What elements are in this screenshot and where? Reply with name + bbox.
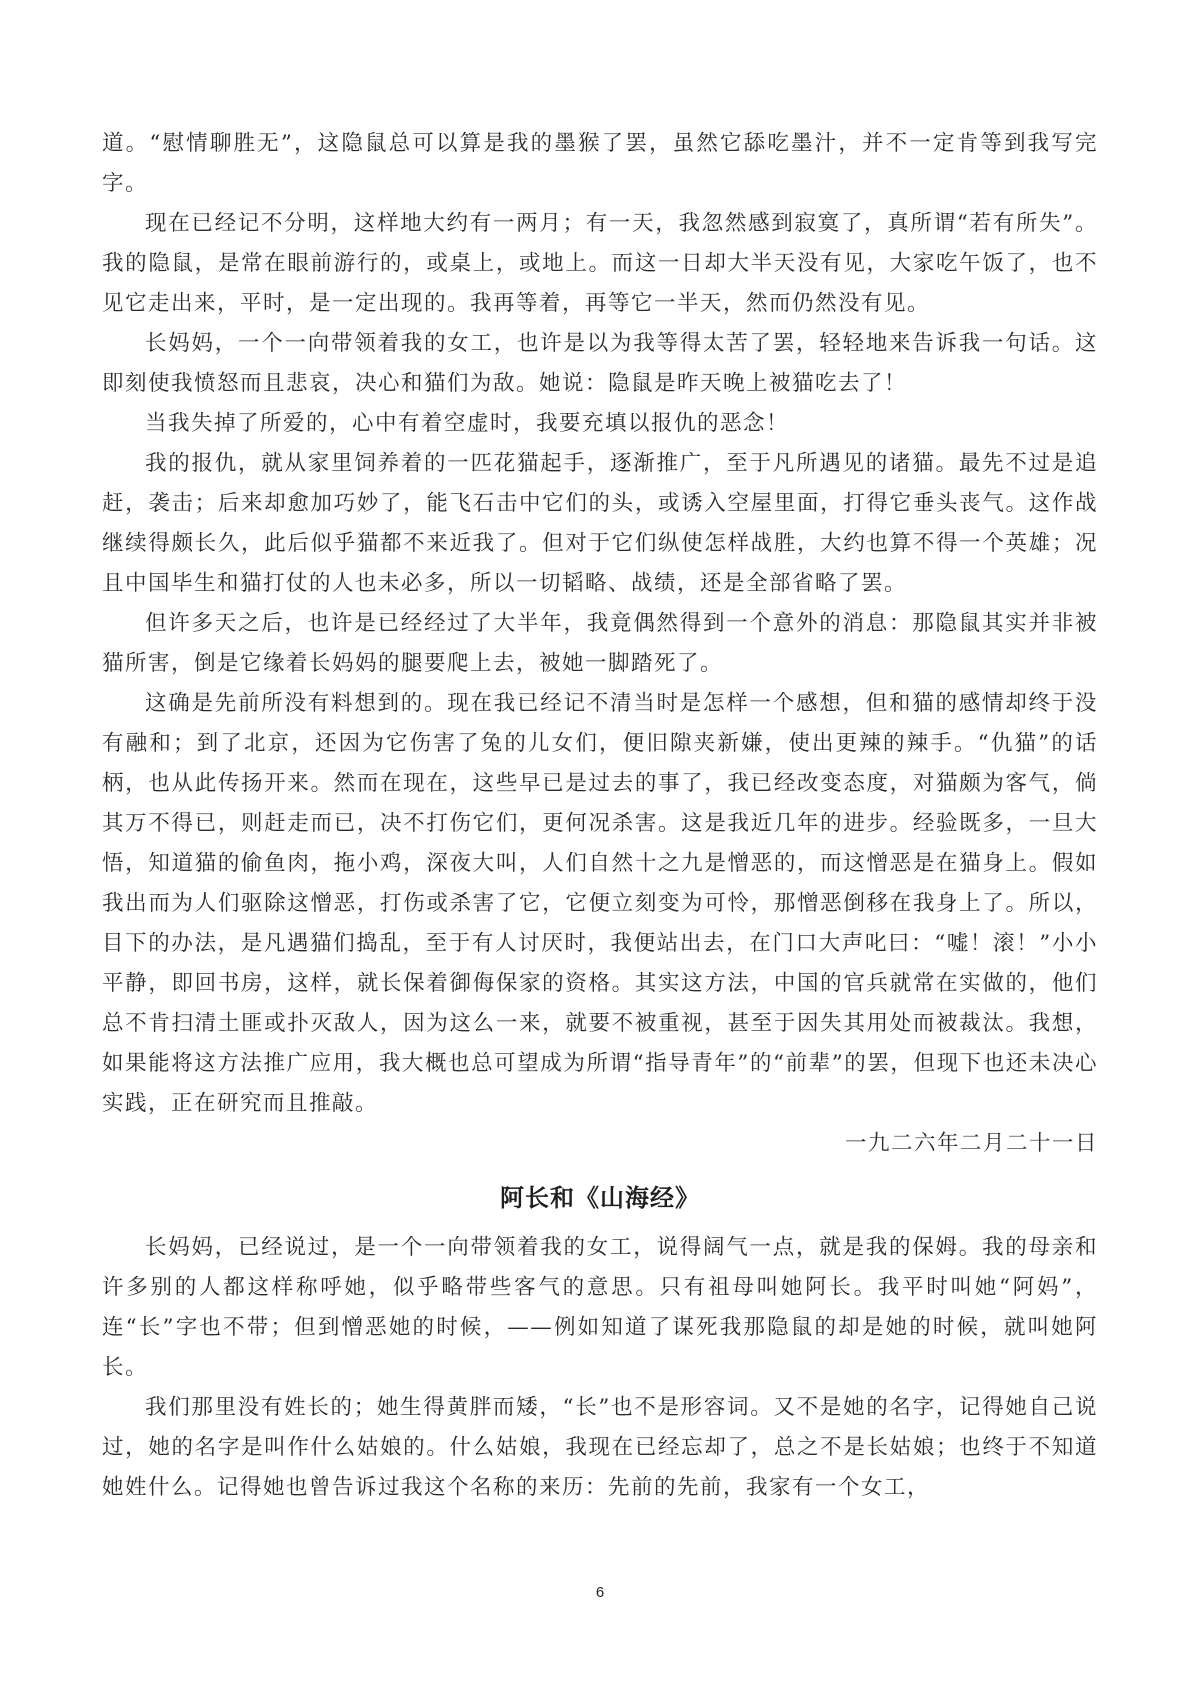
paragraph: 我的报仇，就从家里饲养着的一匹花猫起手，逐渐推广，至于凡所遇见的诸猫。最先不过是… — [102, 444, 1098, 604]
section-title: 阿长和《山海经》 — [102, 1178, 1098, 1218]
paragraph: 现在已经记不分明，这样地大约有一两月；有一天，我忽然感到寂寞了，真所谓“若有所失… — [102, 204, 1098, 324]
page-number: 6 — [0, 1584, 1200, 1601]
page-content: 道。“慰情聊胜无”，这隐鼠总可以算是我的墨猴了罢，虽然它舔吃墨汁，并不一定肯等到… — [102, 124, 1098, 1508]
paragraph: 道。“慰情聊胜无”，这隐鼠总可以算是我的墨猴了罢，虽然它舔吃墨汁，并不一定肯等到… — [102, 124, 1098, 204]
paragraph: 我们那里没有姓长的；她生得黄胖而矮，“长”也不是形容词。又不是她的名字，记得她自… — [102, 1388, 1098, 1508]
document-page: 道。“慰情聊胜无”，这隐鼠总可以算是我的墨猴了罢，虽然它舔吃墨汁，并不一定肯等到… — [0, 0, 1200, 1697]
paragraph: 这确是先前所没有料想到的。现在我已经记不清当时是怎样一个感想，但和猫的感情却终于… — [102, 684, 1098, 1124]
paragraph: 长妈妈，已经说过，是一个一向带领着我的女工，说得阔气一点，就是我的保姆。我的母亲… — [102, 1228, 1098, 1388]
paragraph: 长妈妈，一个一向带领着我的女工，也许是以为我等得太苦了罢，轻轻地来告诉我一句话。… — [102, 324, 1098, 404]
paragraph: 当我失掉了所爱的，心中有着空虚时，我要充填以报仇的恶念！ — [102, 404, 1098, 444]
date-line: 一九二六年二月二十一日 — [102, 1124, 1098, 1164]
paragraph: 但许多天之后，也许是已经经过了大半年，我竟偶然得到一个意外的消息：那隐鼠其实并非… — [102, 604, 1098, 684]
